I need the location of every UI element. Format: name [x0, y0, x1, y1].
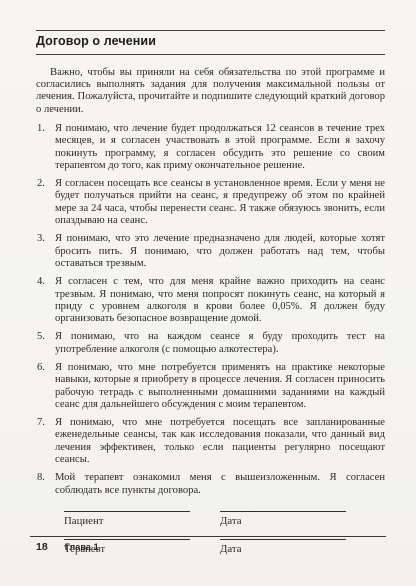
header-rule-top	[36, 30, 385, 31]
signature-line-patient	[64, 511, 190, 512]
signature-label-date-1: Дата	[220, 515, 346, 528]
footer-rule	[30, 536, 386, 537]
agreement-item-2: Я согласен посещать все сеансы в установ…	[36, 178, 385, 227]
agreement-item-8: Мой терапевт ознакомил меня с вышеизложе…	[36, 472, 385, 497]
footer-text: 18 Глава 1	[30, 541, 386, 553]
agreement-item-1: Я понимаю, что лечение будет продолжатьс…	[36, 123, 385, 172]
page-number: 18	[36, 541, 48, 553]
intro-paragraph: Важно, чтобы вы приняли на себя обязател…	[36, 67, 385, 116]
chapter-label: Глава 1	[65, 542, 99, 552]
page-footer: 18 Глава 1	[30, 536, 386, 553]
agreement-item-7: Я понимаю, что мне потребуется посещать …	[36, 417, 385, 466]
section-header: Договор о лечении	[36, 30, 385, 55]
signature-label-patient: Пациент	[64, 515, 190, 528]
agreement-item-5: Я понимаю, что на каждом сеансе я буду п…	[36, 331, 385, 356]
agreement-clauses-list: Я понимаю, что лечение будет продолжатьс…	[36, 123, 385, 497]
agreement-item-4: Я согласен с тем, что для меня крайне ва…	[36, 276, 385, 325]
page-title: Договор о лечении	[36, 35, 385, 49]
agreement-item-6: Я понимаю, что мне потребуется применять…	[36, 362, 385, 411]
agreement-item-3: Я понимаю, что это лечение предназначено…	[36, 233, 385, 270]
signature-cell-patient: Пациент	[64, 511, 190, 528]
book-page: Договор о лечении Важно, чтобы вы принял…	[0, 0, 416, 586]
header-rule-bottom	[36, 54, 385, 55]
signature-line-date-1	[220, 511, 346, 512]
signature-cell-date-1: Дата	[220, 511, 346, 528]
